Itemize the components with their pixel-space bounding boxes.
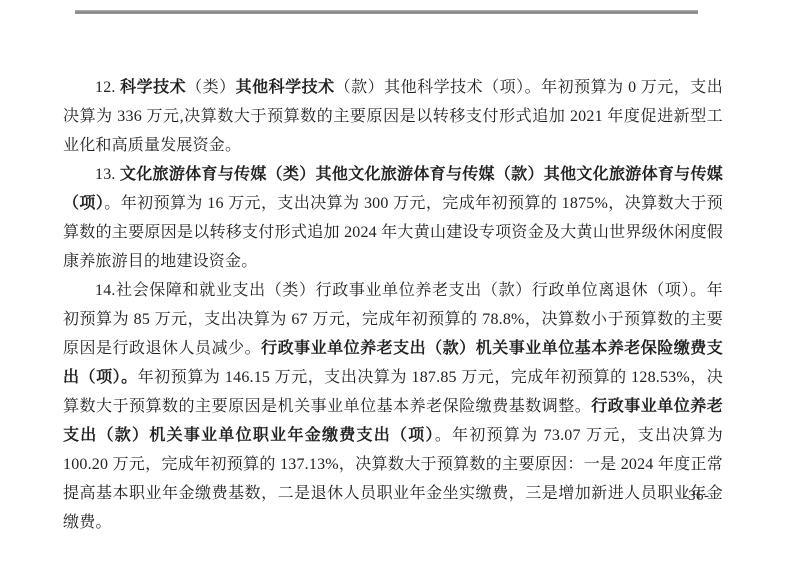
paragraph-12: 12. 科学技术（类）其他科学技术（款）其他科学技术（项）。年初预算为 0 万元… — [63, 73, 723, 160]
paragraph-13-number: 13. — [95, 166, 120, 183]
paragraph-13-body-text: 。年初预算为 16 万元，支出决算为 300 万元，完成年初预算的 1875%，… — [63, 195, 723, 270]
paragraph-12-heading-category: 科学技术 — [120, 79, 186, 96]
paragraph-13: 13. 文化旅游体育与传媒（类）其他文化旅游体育与传媒（款）其他文化旅游体育与传… — [63, 160, 723, 276]
paragraph-14: 14.社会保障和就业支出（类）行政事业单位养老支出（款）行政单位离退休（项）。年… — [63, 276, 723, 537]
paragraph-12-category-suffix: （类） — [186, 79, 236, 96]
page-number: -36- — [666, 488, 726, 505]
scan-edge-artifact — [75, 10, 698, 14]
paragraph-12-heading-subcategory: 其他科学技术 — [236, 79, 335, 96]
document-page: 12. 科学技术（类）其他科学技术（款）其他科学技术（项）。年初预算为 0 万元… — [0, 0, 800, 565]
document-body: 12. 科学技术（类）其他科学技术（款）其他科学技术（项）。年初预算为 0 万元… — [63, 73, 723, 537]
paragraph-12-number: 12. — [95, 79, 120, 96]
